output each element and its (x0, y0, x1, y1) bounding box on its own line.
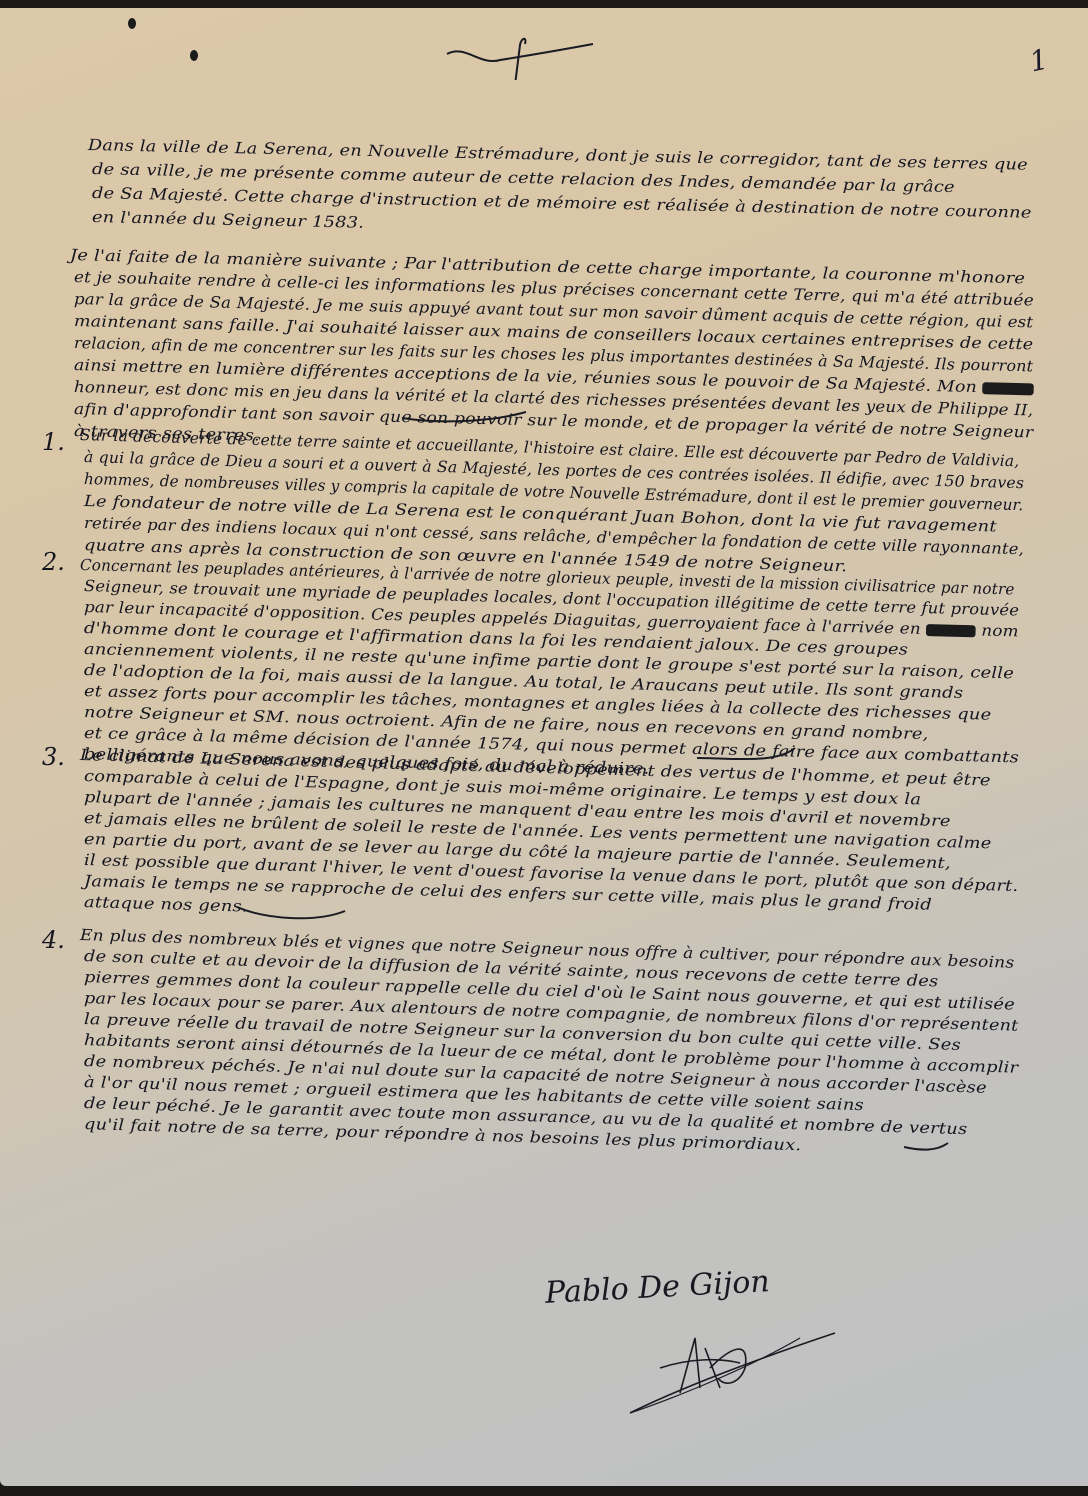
section-number: 4. (42, 926, 65, 954)
signature-name: Pablo De Gijon (544, 1264, 770, 1311)
page-number: 1 (1027, 43, 1051, 79)
top-flourish-mark (445, 30, 595, 80)
handwritten-line: attaque nos gens. (84, 893, 248, 916)
redaction-blot (926, 624, 976, 637)
punch-hole (190, 50, 198, 61)
redaction-blot (983, 382, 1035, 395)
handwritten-line: en l'année du Seigneur 1583. (92, 208, 365, 232)
section-number: 3. (42, 743, 65, 771)
underline-flourish (695, 744, 805, 768)
section-number: 1. (42, 428, 65, 456)
punch-hole (128, 18, 136, 29)
signature-mark (600, 1328, 840, 1418)
section-number: 2. (42, 548, 65, 576)
underline-flourish (400, 410, 530, 430)
underline-flourish (235, 903, 355, 927)
document-page: 1 Dans la ville de La Serena, en Nouvell… (0, 8, 1088, 1486)
underline-flourish (902, 1141, 952, 1157)
